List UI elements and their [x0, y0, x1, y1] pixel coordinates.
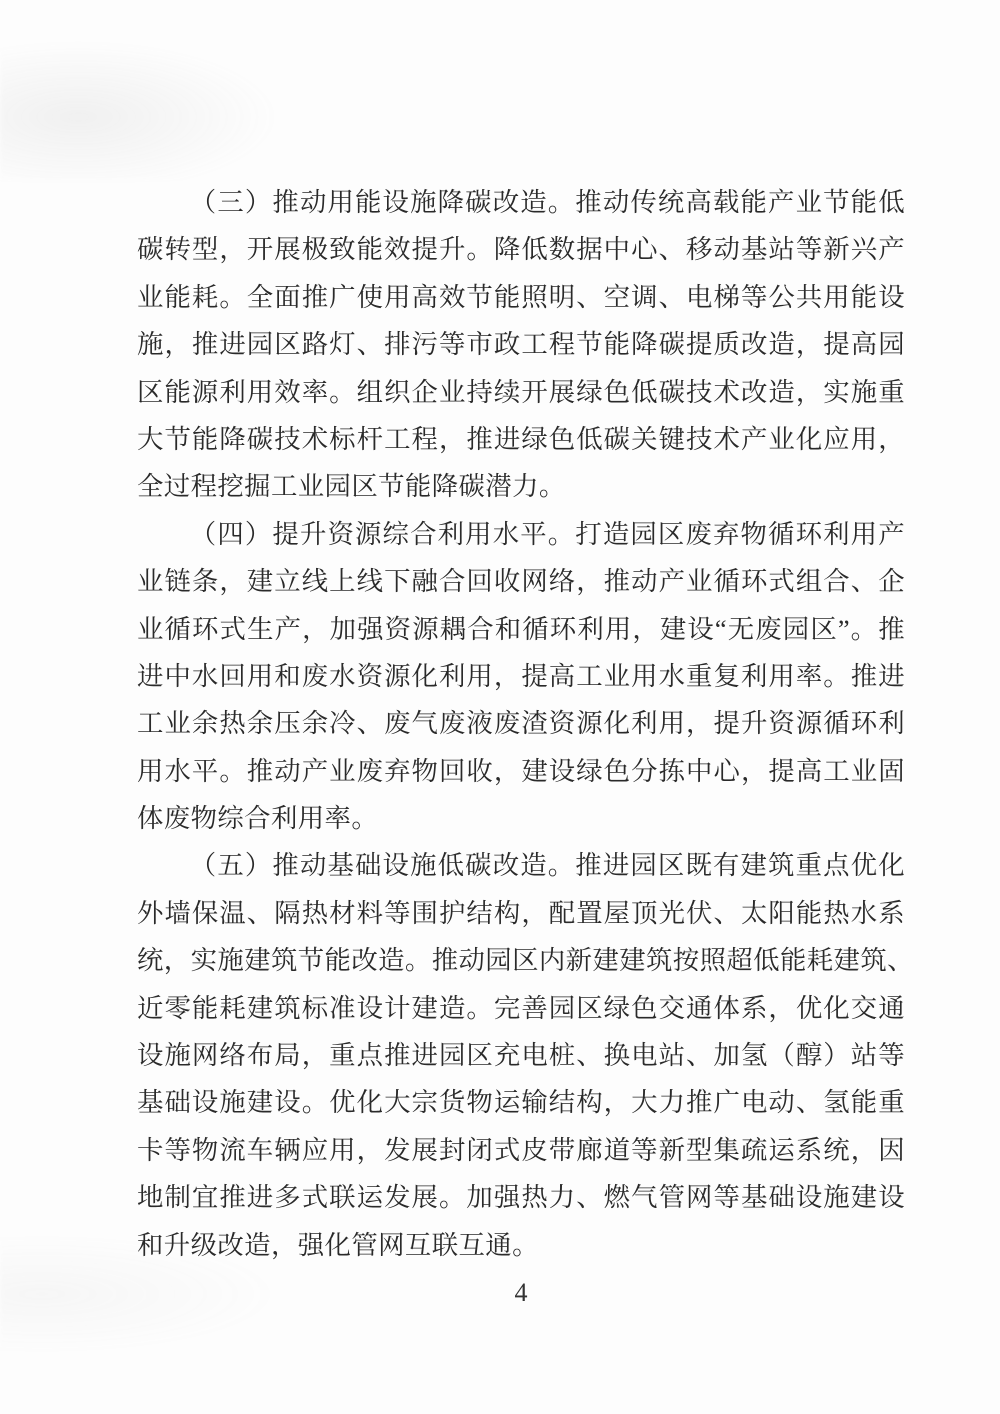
text-line: 和升级改造，强化管网互联互通。 [137, 1222, 905, 1269]
text-line: 近零能耗建筑标准设计建造。完善园区绿色交通体系，优化交通 [137, 985, 905, 1032]
text-line: 业循环式生产，加强资源耦合和循环利用，建设“无废园区”。推 [137, 606, 905, 653]
document-page: （三）推动用能设施降碳改造。推动传统高载能产业节能低碳转型，开展极致能效提升。降… [0, 0, 1000, 1414]
text-line: （四）提升资源综合利用水平。打造园区废弃物循环利用产 [137, 511, 905, 558]
text-line: 体废物综合利用率。 [137, 795, 905, 842]
scan-artifact-top-left [0, 40, 280, 180]
document-body: （三）推动用能设施降碳改造。推动传统高载能产业节能低碳转型，开展极致能效提升。降… [137, 179, 905, 1269]
text-line: 卡等物流车辆应用，发展封闭式皮带廊道等新型集疏运系统，因 [137, 1127, 905, 1174]
text-line: 区能源利用效率。组织企业持续开展绿色低碳技术改造，实施重 [137, 369, 905, 416]
text-line: 基础设施建设。优化大宗货物运输结构，大力推广电动、氢能重 [137, 1079, 905, 1126]
paragraph-heading: （五）推动基础设施低碳改造。 [190, 850, 576, 880]
text-line: 全过程挖掘工业园区节能降碳潜力。 [137, 463, 905, 510]
paragraph-text: 推动传统高载能产业节能低 [575, 187, 905, 217]
page-number: 4 [515, 1278, 528, 1307]
paragraph-heading: （三）推动用能设施降碳改造。 [190, 187, 576, 217]
paragraph-text: 推进园区既有建筑重点优化 [575, 850, 905, 880]
text-line: 大节能降碳技术标杆工程，推进绿色低碳关键技术产业化应用， [137, 416, 905, 463]
section-5-infrastructure-low-carbon-retrofit: （五）推动基础设施低碳改造。推进园区既有建筑重点优化外墙保温、隔热材料等围护结构… [137, 842, 905, 1269]
page-footer: 4 [137, 1278, 905, 1308]
text-line: 业链条，建立线上线下融合回收网络，推动产业循环式组合、企 [137, 558, 905, 605]
text-line: 设施网络布局，重点推进园区充电桩、换电站、加氢（醇）站等 [137, 1032, 905, 1079]
text-line: （三）推动用能设施降碳改造。推动传统高载能产业节能低 [137, 179, 905, 226]
text-line: 外墙保温、隔热材料等围护结构，配置屋顶光伏、太阳能热水系 [137, 890, 905, 937]
paragraph-heading: （四）提升资源综合利用水平。 [190, 519, 576, 549]
text-line: 施，推进园区路灯、排污等市政工程节能降碳提质改造，提高园 [137, 321, 905, 368]
text-line: 工业余热余压余冷、废气废液废渣资源化利用，提升资源循环利 [137, 700, 905, 747]
section-4-resource-comprehensive-utilization: （四）提升资源综合利用水平。打造园区废弃物循环利用产业链条，建立线上线下融合回收… [137, 511, 905, 843]
text-line: 碳转型，开展极致能效提升。降低数据中心、移动基站等新兴产 [137, 226, 905, 273]
text-line: 用水平。推动产业废弃物回收，建设绿色分拣中心，提高工业固 [137, 748, 905, 795]
text-line: 地制宜推进多式联运发展。加强热力、燃气管网等基础设施建设 [137, 1174, 905, 1221]
paragraph-text: 打造园区废弃物循环利用产 [575, 519, 905, 549]
text-line: （五）推动基础设施低碳改造。推进园区既有建筑重点优化 [137, 842, 905, 889]
section-3-energy-facility-decarbonization: （三）推动用能设施降碳改造。推动传统高载能产业节能低碳转型，开展极致能效提升。降… [137, 179, 905, 511]
text-line: 进中水回用和废水资源化利用，提高工业用水重复利用率。推进 [137, 653, 905, 700]
text-line: 业能耗。全面推广使用高效节能照明、空调、电梯等公共用能设 [137, 274, 905, 321]
text-line: 统，实施建筑节能改造。推动园区内新建建筑按照超低能耗建筑、 [137, 937, 905, 984]
